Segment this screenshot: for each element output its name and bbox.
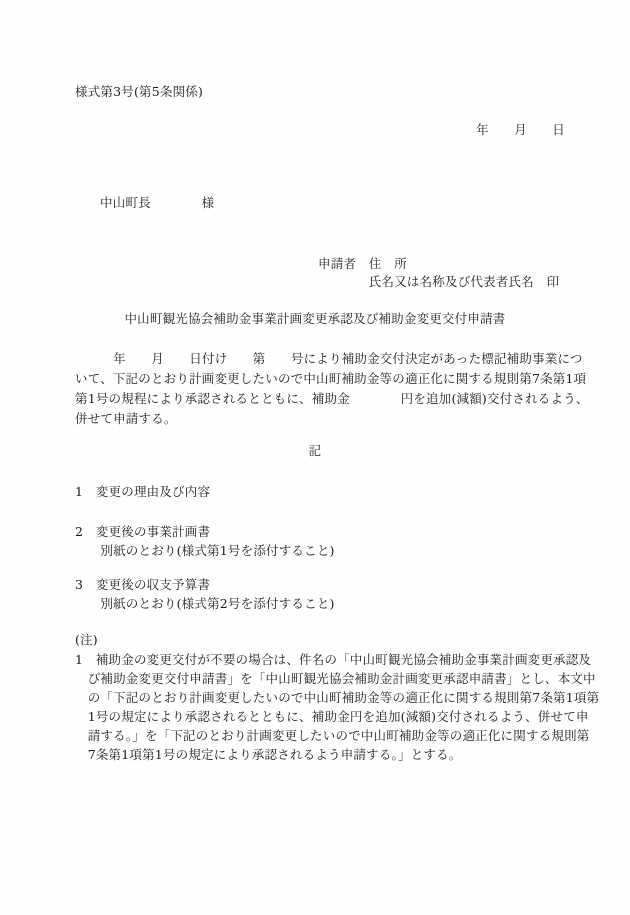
applicant-name-line: 氏名又は名称及び代表者氏名 印 xyxy=(318,274,559,289)
note-line-5: 請する。」を「下記のとおり計画変更したいので中山町補助金等の適正化に関する規則第 xyxy=(75,728,589,743)
date-line: 年 月 日 xyxy=(476,122,565,137)
note-line-2: び補助金変更交付申請書」を「中山町観光協会補助金計画変更承認申請書」とし、本文中 xyxy=(75,671,596,686)
body-line-4: 併せて申請する。 xyxy=(75,411,177,426)
applicant-address-line: 申請者 住 所 xyxy=(318,256,407,271)
note-header: (注) xyxy=(75,632,98,647)
addressee-line: 中山町長 様 xyxy=(100,195,214,210)
document-page: 様式第3号(第5条関係) 年 月 日 中山町長 様 申請者 住 所 氏名又は名称… xyxy=(0,0,630,915)
note-line-1: 1 補助金の変更交付が不要の場合は、件名の「中山町観光協会補助金事業計画変更承認… xyxy=(75,652,591,667)
note-line-6: 7条第1項第1号の規定により承認されるよう申請する。」とする。 xyxy=(75,747,462,762)
list-item-2-label: 2 変更後の事業計画書 xyxy=(75,524,210,539)
document-title: 中山町観光協会補助金事業計画変更承認及び補助金変更交付申請書 xyxy=(0,311,630,326)
list-item-3-sub: 別紙のとおり(様式第2号を添付すること) xyxy=(75,596,335,611)
note-line-3: の「下記のとおり計画変更したいので中山町補助金等の適正化に関する規則第7条第1項… xyxy=(75,690,599,705)
body-line-2: いて、下記のとおり計画変更したいので中山町補助金等の適正化に関する規則第7条第1… xyxy=(75,371,586,386)
list-item-3-label: 3 変更後の収支予算書 xyxy=(75,577,210,592)
list-item-2-sub: 別紙のとおり(様式第1号を添付すること) xyxy=(75,543,335,558)
note-line-4: 1号の規定により承認されるとともに、補助金円を追加(減額)交付されるよう、併せて… xyxy=(75,709,589,724)
form-number: 様式第3号(第5条関係) xyxy=(75,84,203,99)
body-line-3: 第1号の規程により承認されるとともに、補助金 円を追加(減額)交付されるよう、 xyxy=(75,391,589,406)
record-marker: 記 xyxy=(0,443,630,458)
list-item-1-label: 1 変更の理由及び内容 xyxy=(75,484,210,499)
body-line-1: 年 月 日付け 第 号により補助金交付決定があった標記補助事業につ xyxy=(75,351,583,366)
